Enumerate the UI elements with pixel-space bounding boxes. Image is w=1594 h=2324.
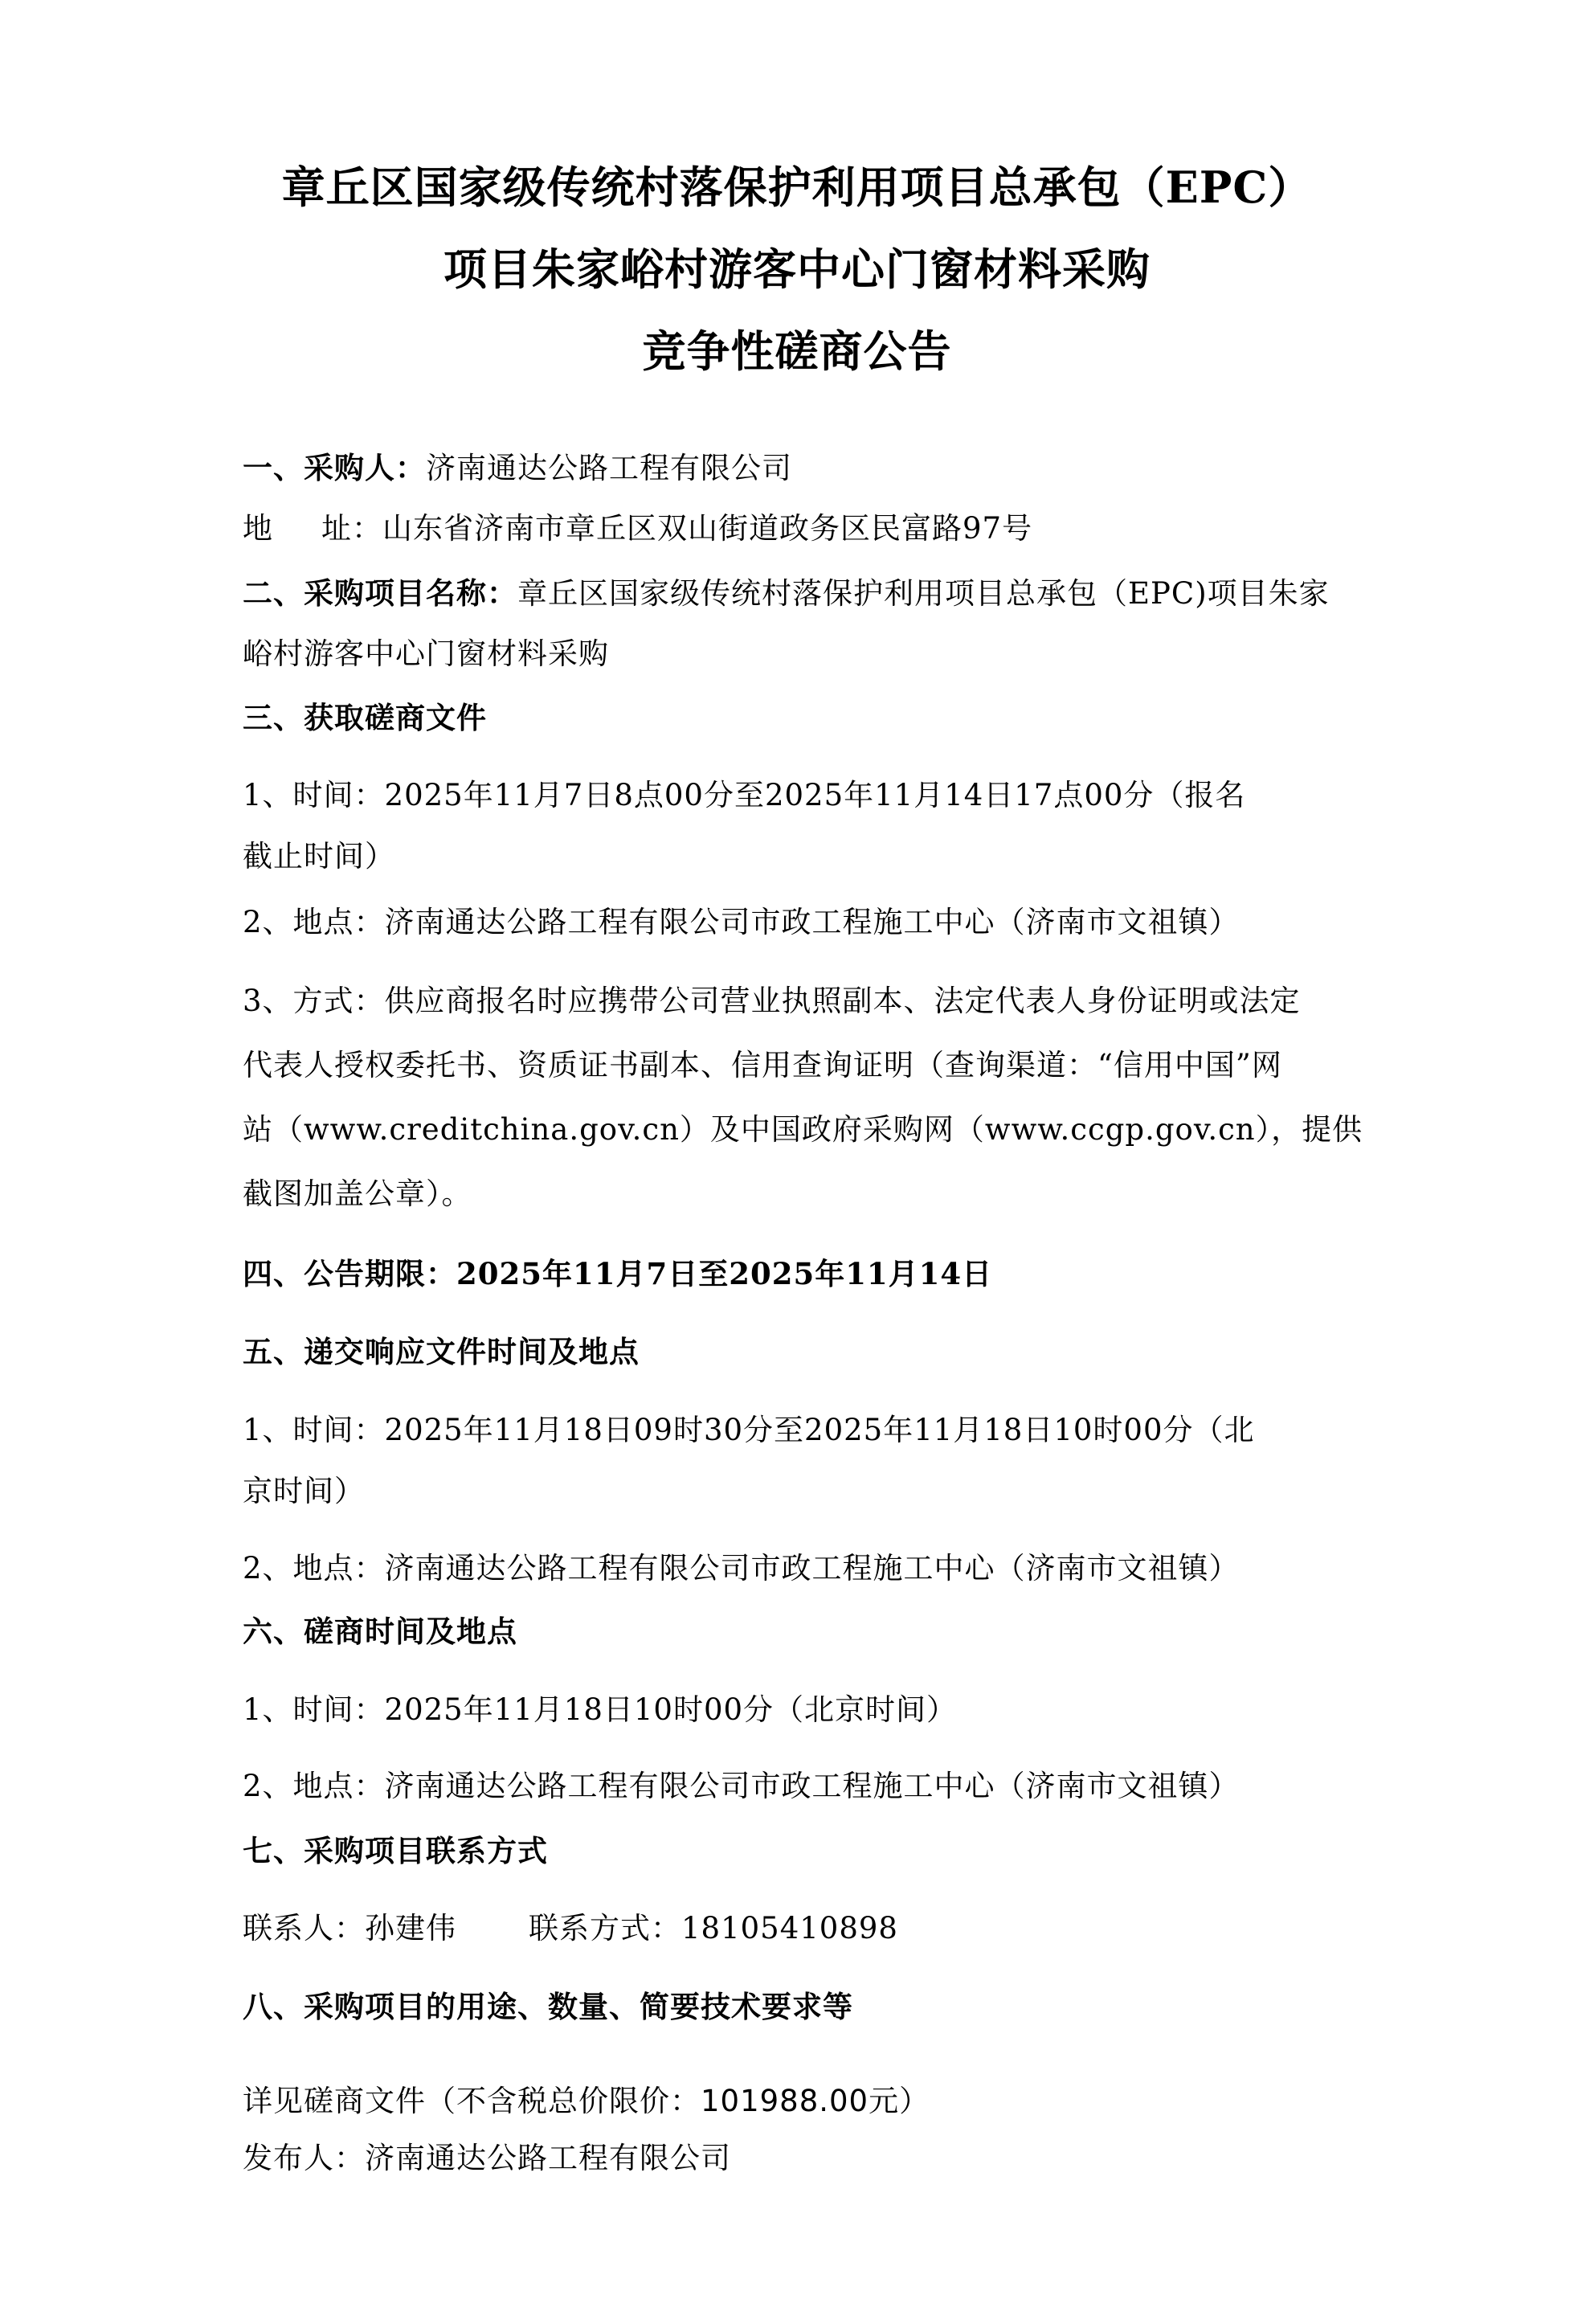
section1-purchaser-line: 一、采购人：济南通达公路工程有限公司 bbox=[243, 449, 1361, 487]
publisher-line: 发布人：济南通达公路工程有限公司 bbox=[243, 2140, 1361, 2177]
details-suffix: 元） bbox=[869, 2084, 930, 2118]
address-value: 山东省济南市章丘区双山街道政务区民富路97号 bbox=[382, 511, 1032, 546]
contact-person: 孙建伟 bbox=[365, 1911, 456, 1946]
title-line-2: 项目朱家峪村游客中心门窗材料采购 bbox=[0, 243, 1594, 295]
section3-time-line2: 截止时间） bbox=[243, 838, 1361, 875]
section2-heading: 二、采购项目名称： bbox=[243, 575, 517, 611]
section3-method-line2: 代表人授权委托书、资质证书副本、信用查询证明（查询渠道：“信用中国”网 bbox=[243, 1047, 1361, 1084]
contact-phone-label: 联系方式： bbox=[529, 1911, 681, 1946]
section6-heading: 六、磋商时间及地点 bbox=[243, 1613, 1361, 1650]
section5-time-line2: 京时间） bbox=[243, 1473, 1361, 1510]
document-page: 章丘区国家级传统村落保护利用项目总承包（EPC） 项目朱家峪村游客中心门窗材料采… bbox=[0, 0, 1594, 2324]
title-line-3: 竞争性磋商公告 bbox=[0, 325, 1594, 377]
section4-heading: 四、公告期限： bbox=[243, 1256, 456, 1291]
purchaser-name: 济南通达公路工程有限公司 bbox=[426, 451, 792, 485]
project-name-part1: 章丘区国家级传统村落保护利用项目总承包（EPC)项目朱家 bbox=[517, 576, 1330, 611]
section3-method-line3: 站（www.creditchina.gov.cn）及中国政府采购网（www.cc… bbox=[243, 1111, 1361, 1148]
section7-contact-line: 联系人：孙建伟联系方式：18105410898 bbox=[243, 1910, 1361, 1947]
section4-period-line: 四、公告期限：2025年11月7日至2025年11月14日 bbox=[243, 1255, 1361, 1292]
section1-heading: 一、采购人： bbox=[243, 450, 426, 485]
section2-name-line1: 二、采购项目名称：章丘区国家级传统村落保护利用项目总承包（EPC)项目朱家 bbox=[243, 575, 1361, 612]
section3-method-line1: 3、方式：供应商报名时应携带公司营业执照副本、法定代表人身份证明或法定 bbox=[243, 983, 1361, 1020]
section5-time-line1: 1、时间：2025年11月18日09时30分至2025年11月18日10时00分… bbox=[243, 1412, 1361, 1449]
contact-person-label: 联系人： bbox=[243, 1911, 365, 1946]
section1-address-line: 地址：山东省济南市章丘区双山街道政务区民富路97号 bbox=[243, 510, 1361, 547]
publisher-name: 济南通达公路工程有限公司 bbox=[365, 2141, 731, 2175]
publisher-label: 发布人： bbox=[243, 2141, 365, 2175]
section5-heading: 五、递交响应文件时间及地点 bbox=[243, 1333, 1361, 1370]
details-prefix: 详见磋商文件（不含税总价限价： bbox=[243, 2084, 701, 2118]
section5-location: 2、地点：济南通达公路工程有限公司市政工程施工中心（济南市文祖镇） bbox=[243, 1550, 1361, 1587]
announcement-period: 2025年11月7日至2025年11月14日 bbox=[456, 1256, 992, 1291]
section3-location: 2、地点：济南通达公路工程有限公司市政工程施工中心（济南市文祖镇） bbox=[243, 904, 1361, 941]
title-line-1: 章丘区国家级传统村落保护利用项目总承包（EPC） bbox=[0, 162, 1594, 213]
section3-time-line1: 1、时间：2025年11月7日8点00分至2025年11月14日17点00分（报… bbox=[243, 777, 1361, 814]
section7-heading: 七、采购项目联系方式 bbox=[243, 1832, 1361, 1869]
section6-time: 1、时间：2025年11月18日10时00分（北京时间） bbox=[243, 1692, 1361, 1729]
section3-method-line4: 截图加盖公章）。 bbox=[243, 1176, 1361, 1213]
section8-details-line: 详见磋商文件（不含税总价限价：101988.00元） bbox=[243, 2083, 1361, 2120]
section2-name-line2: 峪村游客中心门窗材料采购 bbox=[243, 636, 1361, 673]
contact-phone: 18105410898 bbox=[681, 1911, 898, 1946]
address-label-a: 地 bbox=[243, 511, 273, 546]
section6-location: 2、地点：济南通达公路工程有限公司市政工程施工中心（济南市文祖镇） bbox=[243, 1768, 1361, 1805]
price-limit: 101988.00 bbox=[701, 2084, 869, 2118]
address-label-b: 址： bbox=[321, 511, 382, 546]
section3-heading: 三、获取磋商文件 bbox=[243, 699, 1361, 736]
section8-heading: 八、采购项目的用途、数量、简要技术要求等 bbox=[243, 1988, 1361, 2025]
